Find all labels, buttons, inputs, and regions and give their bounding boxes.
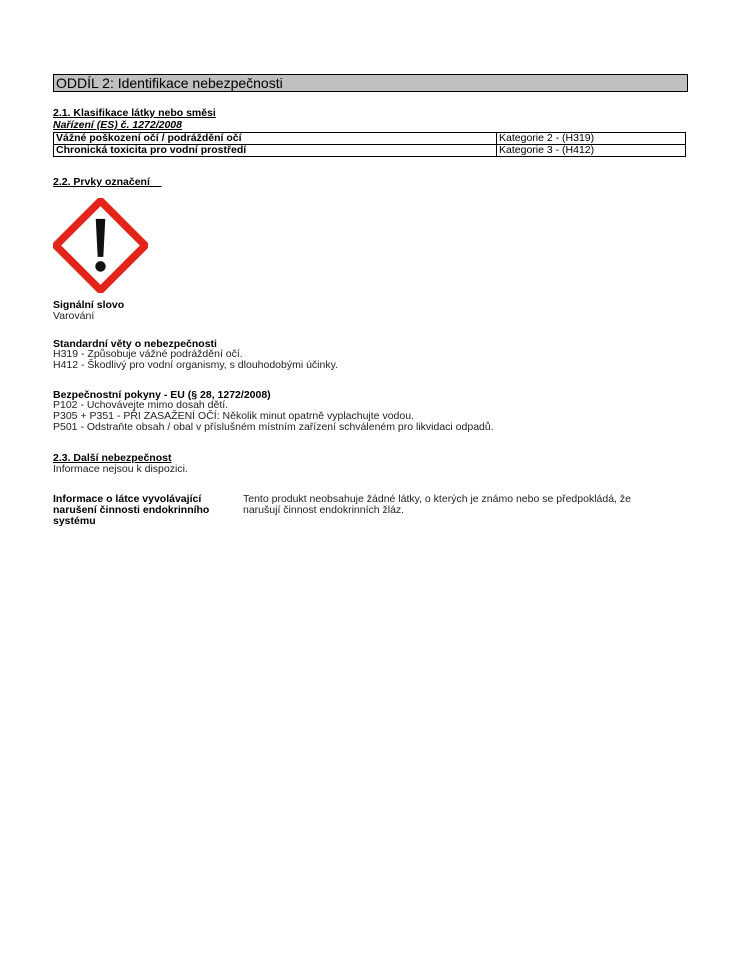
signal-word: Varování: [53, 310, 94, 322]
precautionary-statement: P501 - Odstraňte obsah / obal v příslušn…: [53, 422, 494, 433]
table-row: Chronická toxicita pro vodní prostředí K…: [54, 145, 686, 157]
endocrine-text: narušují činnost endokrinních žláz.: [243, 505, 404, 516]
table-row: Vážné poškození očí / podráždění očí Kat…: [54, 133, 686, 145]
hazard-class: Chronická toxicita pro vodní prostředí: [54, 145, 497, 157]
hazard-category: Kategorie 2 - (H319): [497, 133, 686, 145]
exclamation-mark-icon: [53, 198, 148, 293]
other-hazards-text: Informace nejsou k dispozici.: [53, 463, 188, 475]
hazard-category: Kategorie 3 - (H412): [497, 145, 686, 157]
endocrine-label: systému: [53, 516, 96, 527]
hazard-class: Vážné poškození očí / podráždění očí: [54, 133, 497, 145]
hazard-statement: H412 - Škodlivý pro vodní organismy, s d…: [53, 360, 338, 371]
regulation-label: Nařízení (ES) č. 1272/2008: [53, 119, 182, 131]
section-title: ODDÍL 2: Identifikace nebezpečnosti: [53, 74, 688, 92]
classification-heading: 2.1. Klasifikace látky nebo směsi: [53, 107, 216, 119]
label-elements-heading: 2.2. Prvky označení: [53, 176, 162, 188]
classification-table: Vážné poškození očí / podráždění očí Kat…: [53, 132, 686, 157]
